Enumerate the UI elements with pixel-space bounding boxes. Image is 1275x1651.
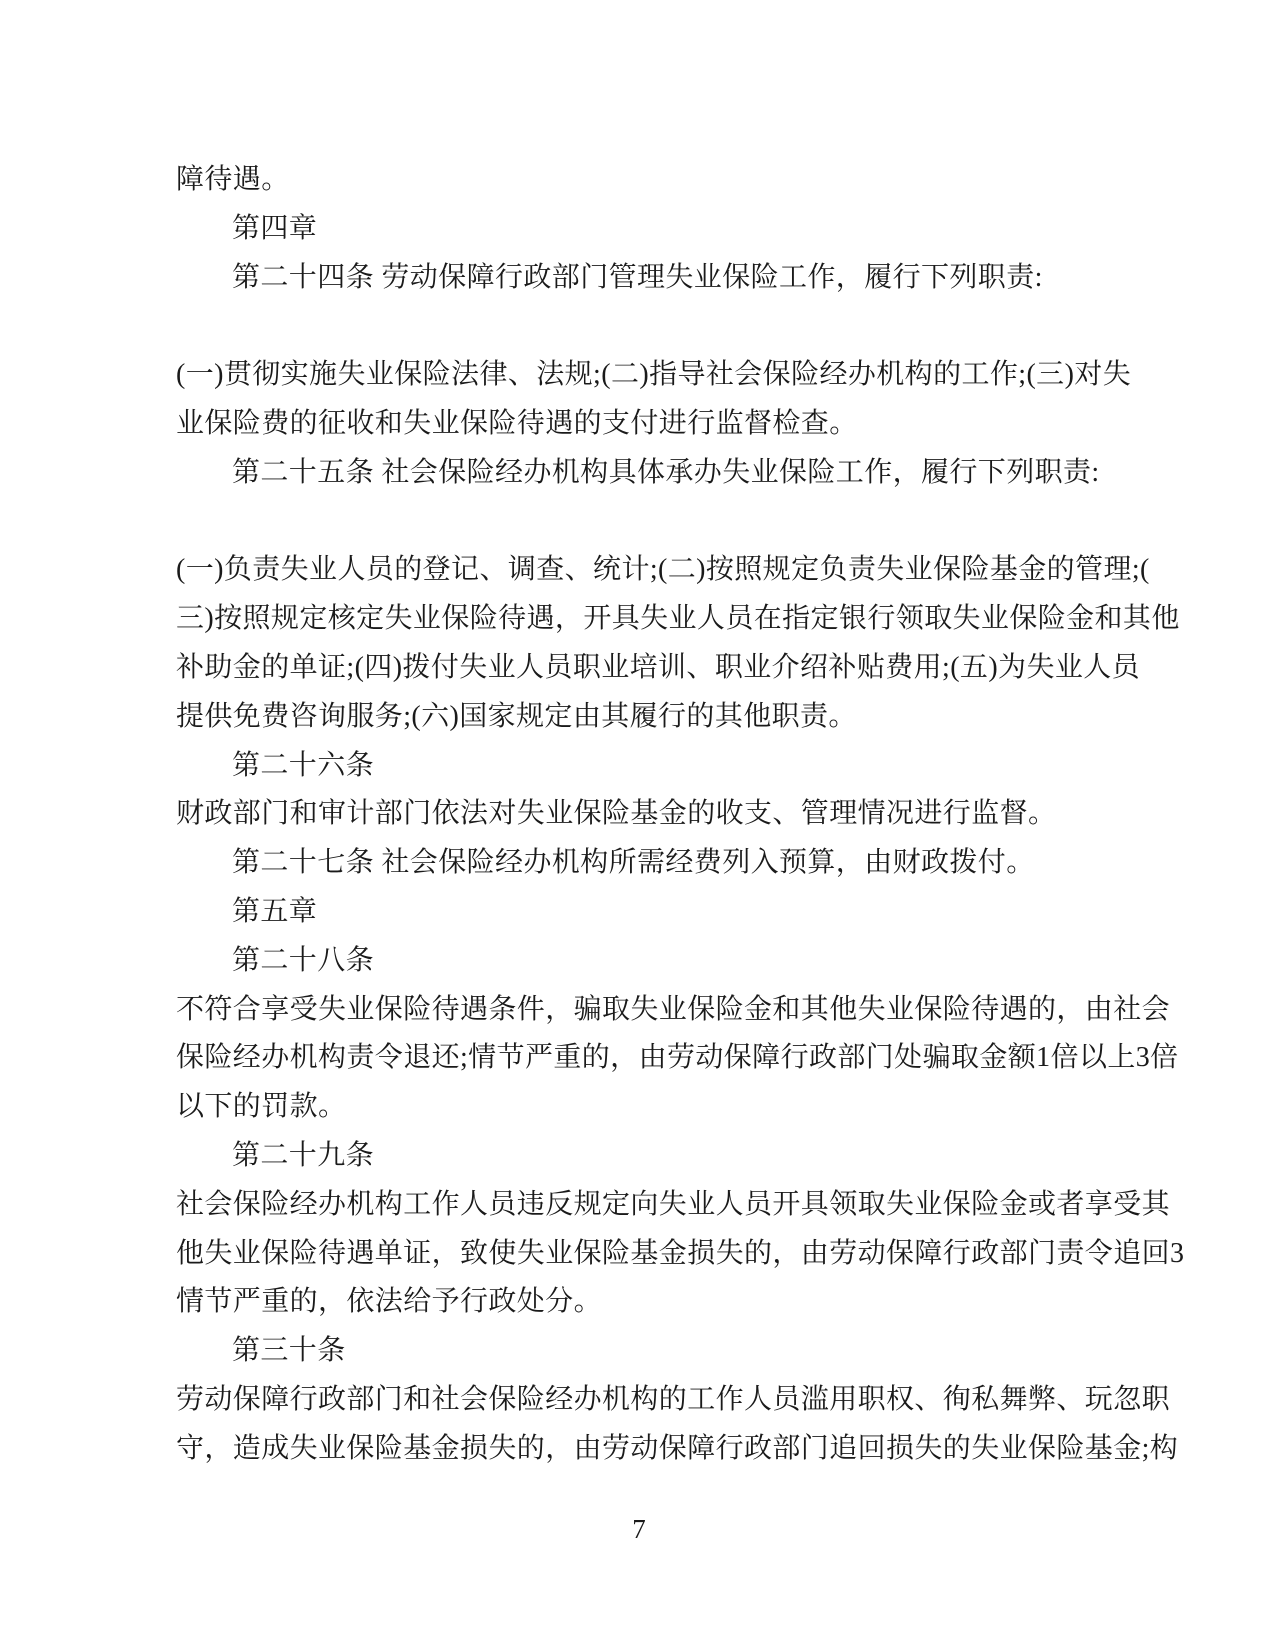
document-page: 障待遇。第四章第二十四条 劳动保障行政部门管理失业保险工作，履行下列职责:(一)…	[0, 0, 1275, 1651]
text-line: 三)按照规定核定失业保险待遇，开具失业人员在指定银行领取失业保险金和其他	[176, 595, 1102, 644]
text-line: 第二十五条 社会保险经办机构具体承办失业保险工作，履行下列职责:	[176, 449, 1102, 498]
text-line: 障待遇。	[176, 156, 1102, 205]
text-line: 提供免费咨询服务;(六)国家规定由其履行的其他职责。	[176, 693, 1102, 742]
text-line: 第二十八条	[176, 937, 1102, 986]
page-number: 7	[176, 1512, 1102, 1546]
text-line: 以下的罚款。	[176, 1083, 1102, 1132]
text-line: 第二十七条 社会保险经办机构所需经费列入预算，由财政拨付。	[176, 839, 1102, 888]
text-line: 守，造成失业保险基金损失的，由劳动保障行政部门追回损失的失业保险基金;构	[176, 1425, 1102, 1474]
text-line: 第二十九条	[176, 1132, 1102, 1181]
text-line: 财政部门和审计部门依法对失业保险基金的收支、管理情况进行监督。	[176, 790, 1102, 839]
text-line: 业保险费的征收和失业保险待遇的支付进行监督检查。	[176, 400, 1102, 449]
text-line: 情节严重的，依法给予行政处分。	[176, 1278, 1102, 1327]
document-lines: 障待遇。第四章第二十四条 劳动保障行政部门管理失业保险工作，履行下列职责:(一)…	[176, 156, 1102, 1474]
text-line: 第二十四条 劳动保障行政部门管理失业保险工作，履行下列职责:	[176, 254, 1102, 303]
text-line: 第四章	[176, 205, 1102, 254]
text-line: 不符合享受失业保险待遇条件，骗取失业保险金和其他失业保险待遇的，由社会	[176, 986, 1102, 1035]
text-line: (一)贯彻实施失业保险法律、法规;(二)指导社会保险经办机构的工作;(三)对失	[176, 351, 1102, 400]
text-line: 劳动保障行政部门和社会保险经办机构的工作人员滥用职权、徇私舞弊、玩忽职	[176, 1376, 1102, 1425]
text-line: 保险经办机构责令退还;情节严重的，由劳动保障行政部门处骗取金额1倍以上3倍	[176, 1034, 1102, 1083]
text-line: 他失业保险待遇单证，致使失业保险基金损失的，由劳动保障行政部门责令追回3	[176, 1230, 1102, 1279]
text-line: 第二十六条	[176, 742, 1102, 791]
text-line: 社会保险经办机构工作人员违反规定向失业人员开具领取失业保险金或者享受其	[176, 1181, 1102, 1230]
text-line: (一)负责失业人员的登记、调查、统计;(二)按照规定负责失业保险基金的管理;(	[176, 546, 1102, 595]
text-line: 第五章	[176, 888, 1102, 937]
text-line: 第三十条	[176, 1327, 1102, 1376]
text-line: 补助金的单证;(四)拨付失业人员职业培训、职业介绍补贴费用;(五)为失业人员	[176, 644, 1102, 693]
